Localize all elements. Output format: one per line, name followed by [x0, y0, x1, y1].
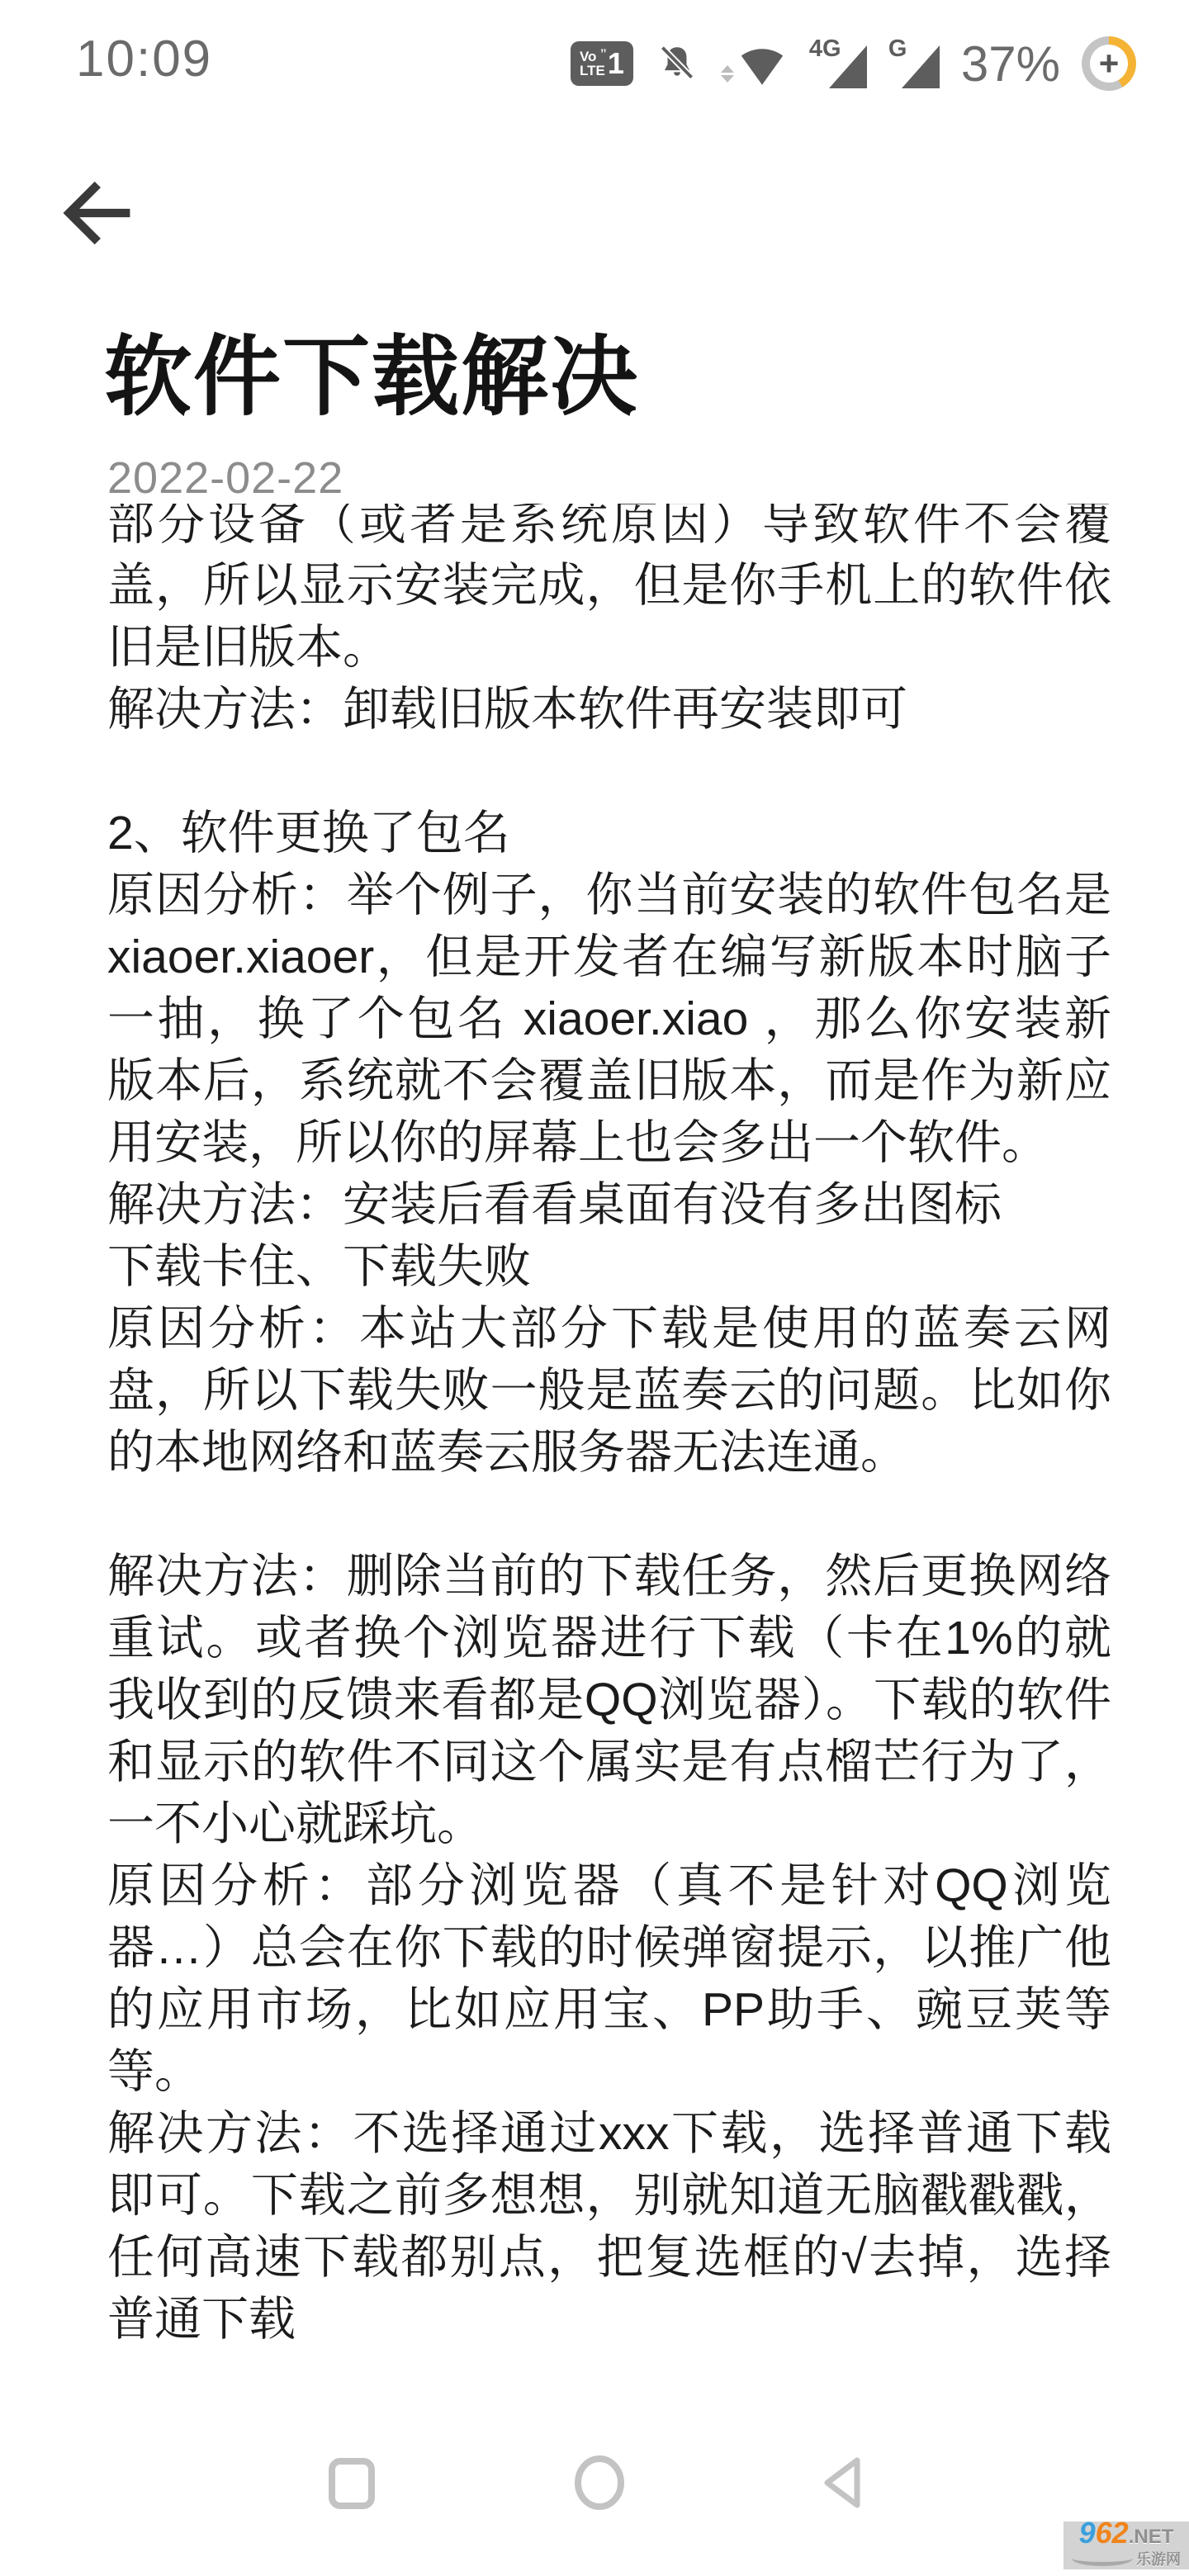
article-paragraph: 2、软件更换了包名: [107, 803, 1111, 864]
status-bar: 10:09 Vo LTE 1 4G: [0, 0, 1189, 101]
watermark-name-cn: 乐游网: [1136, 2548, 1181, 2569]
article-paragraph-spacer: [107, 741, 1111, 803]
watermark-number-blue: 9: [1079, 2521, 1096, 2545]
watermark-swoosh-icon: [1072, 2550, 1133, 2566]
status-icons: Vo LTE 1 4G G: [571, 36, 1136, 91]
wifi-icon: [737, 41, 788, 86]
article-paragraph: 解决方法：安装后看看桌面有没有多出图标: [107, 1174, 1111, 1236]
watermark-tld: .NET: [1129, 2525, 1174, 2550]
battery-charging-ring-icon: +: [1082, 36, 1136, 91]
battery-charging-plus: +: [1082, 36, 1136, 91]
signal-4g-icon: 4G: [809, 39, 867, 88]
volte-sim-count: 1: [608, 49, 624, 78]
article-paragraph: 解决方法：卸载旧版本软件再安装即可: [107, 679, 1111, 741]
article-body: 部分设备（或者是系统原因）导致软件不会覆盖，所以显示安装完成，但是你手机上的软件…: [107, 504, 1111, 2403]
back-triangle-icon: [816, 2454, 877, 2512]
article-date: 2022-02-22: [107, 452, 343, 504]
volte-label: Vo LTE: [580, 50, 605, 78]
back-arrow-icon: [58, 175, 134, 251]
traffic-arrows-icon: [721, 65, 734, 83]
watermark-962net: 9 62 .NET 乐游网: [1063, 2522, 1189, 2569]
phone-screen: 10:09 Vo LTE 1 4G: [0, 0, 1189, 2576]
article-paragraph: 解决方法：不选择通过xxx下载，选择普通下载即可。下载之前多想想，别就知道无脑戳…: [107, 2103, 1111, 2351]
watermark-site-name: 乐游网: [1072, 2548, 1181, 2569]
back-nav-button[interactable]: [816, 2454, 877, 2516]
watermark-domain: 9 62 .NET: [1079, 2521, 1174, 2550]
article-paragraph-spacer: [107, 1484, 1111, 1546]
signal-g-icon: G: [888, 39, 940, 88]
navigation-bar: [0, 2444, 1189, 2526]
article-paragraph: 部分设备（或者是系统原因）导致软件不会覆盖，所以显示安装完成，但是你手机上的软件…: [107, 504, 1111, 679]
signal-g-triangle: [902, 45, 940, 88]
wifi-group: [721, 41, 788, 86]
signal-4g-triangle: [829, 45, 867, 88]
back-button[interactable]: [58, 175, 134, 251]
volte-icon: Vo LTE 1: [571, 41, 633, 86]
article-paragraphs: 部分设备（或者是系统原因）导致软件不会覆盖，所以显示安装完成，但是你手机上的软件…: [107, 504, 1111, 2351]
article-paragraph: 下载卡住、下载失败: [107, 1236, 1111, 1298]
recents-square-icon: [328, 2457, 376, 2510]
recents-button[interactable]: [328, 2457, 376, 2514]
bell-muted-icon: [655, 41, 699, 86]
article-paragraph: 解决方法：删除当前的下载任务，然后更换网络重试。或者换个浏览器进行下载（卡在1%…: [107, 1546, 1111, 1855]
page-title: 软件下载解决: [104, 307, 639, 433]
battery-percent: 37%: [961, 36, 1060, 92]
home-button[interactable]: [571, 2454, 628, 2516]
status-time: 10:09: [76, 30, 212, 88]
article-paragraph: 原因分析：本站大部分下载是使用的蓝奏云网盘，所以下载失败一般是蓝奏云的问题。比如…: [107, 1298, 1111, 1484]
article-paragraph: 原因分析：举个例子，你当前安装的软件包名是 xiaoer.xiaoer，但是开发…: [107, 864, 1111, 1174]
watermark-number-orange: 62: [1096, 2521, 1129, 2545]
article-paragraph: 原因分析：部分浏览器（真不是针对QQ浏览器…）总会在你下载的时候弹窗提示，以推广…: [107, 1855, 1111, 2103]
home-circle-icon: [571, 2454, 628, 2512]
